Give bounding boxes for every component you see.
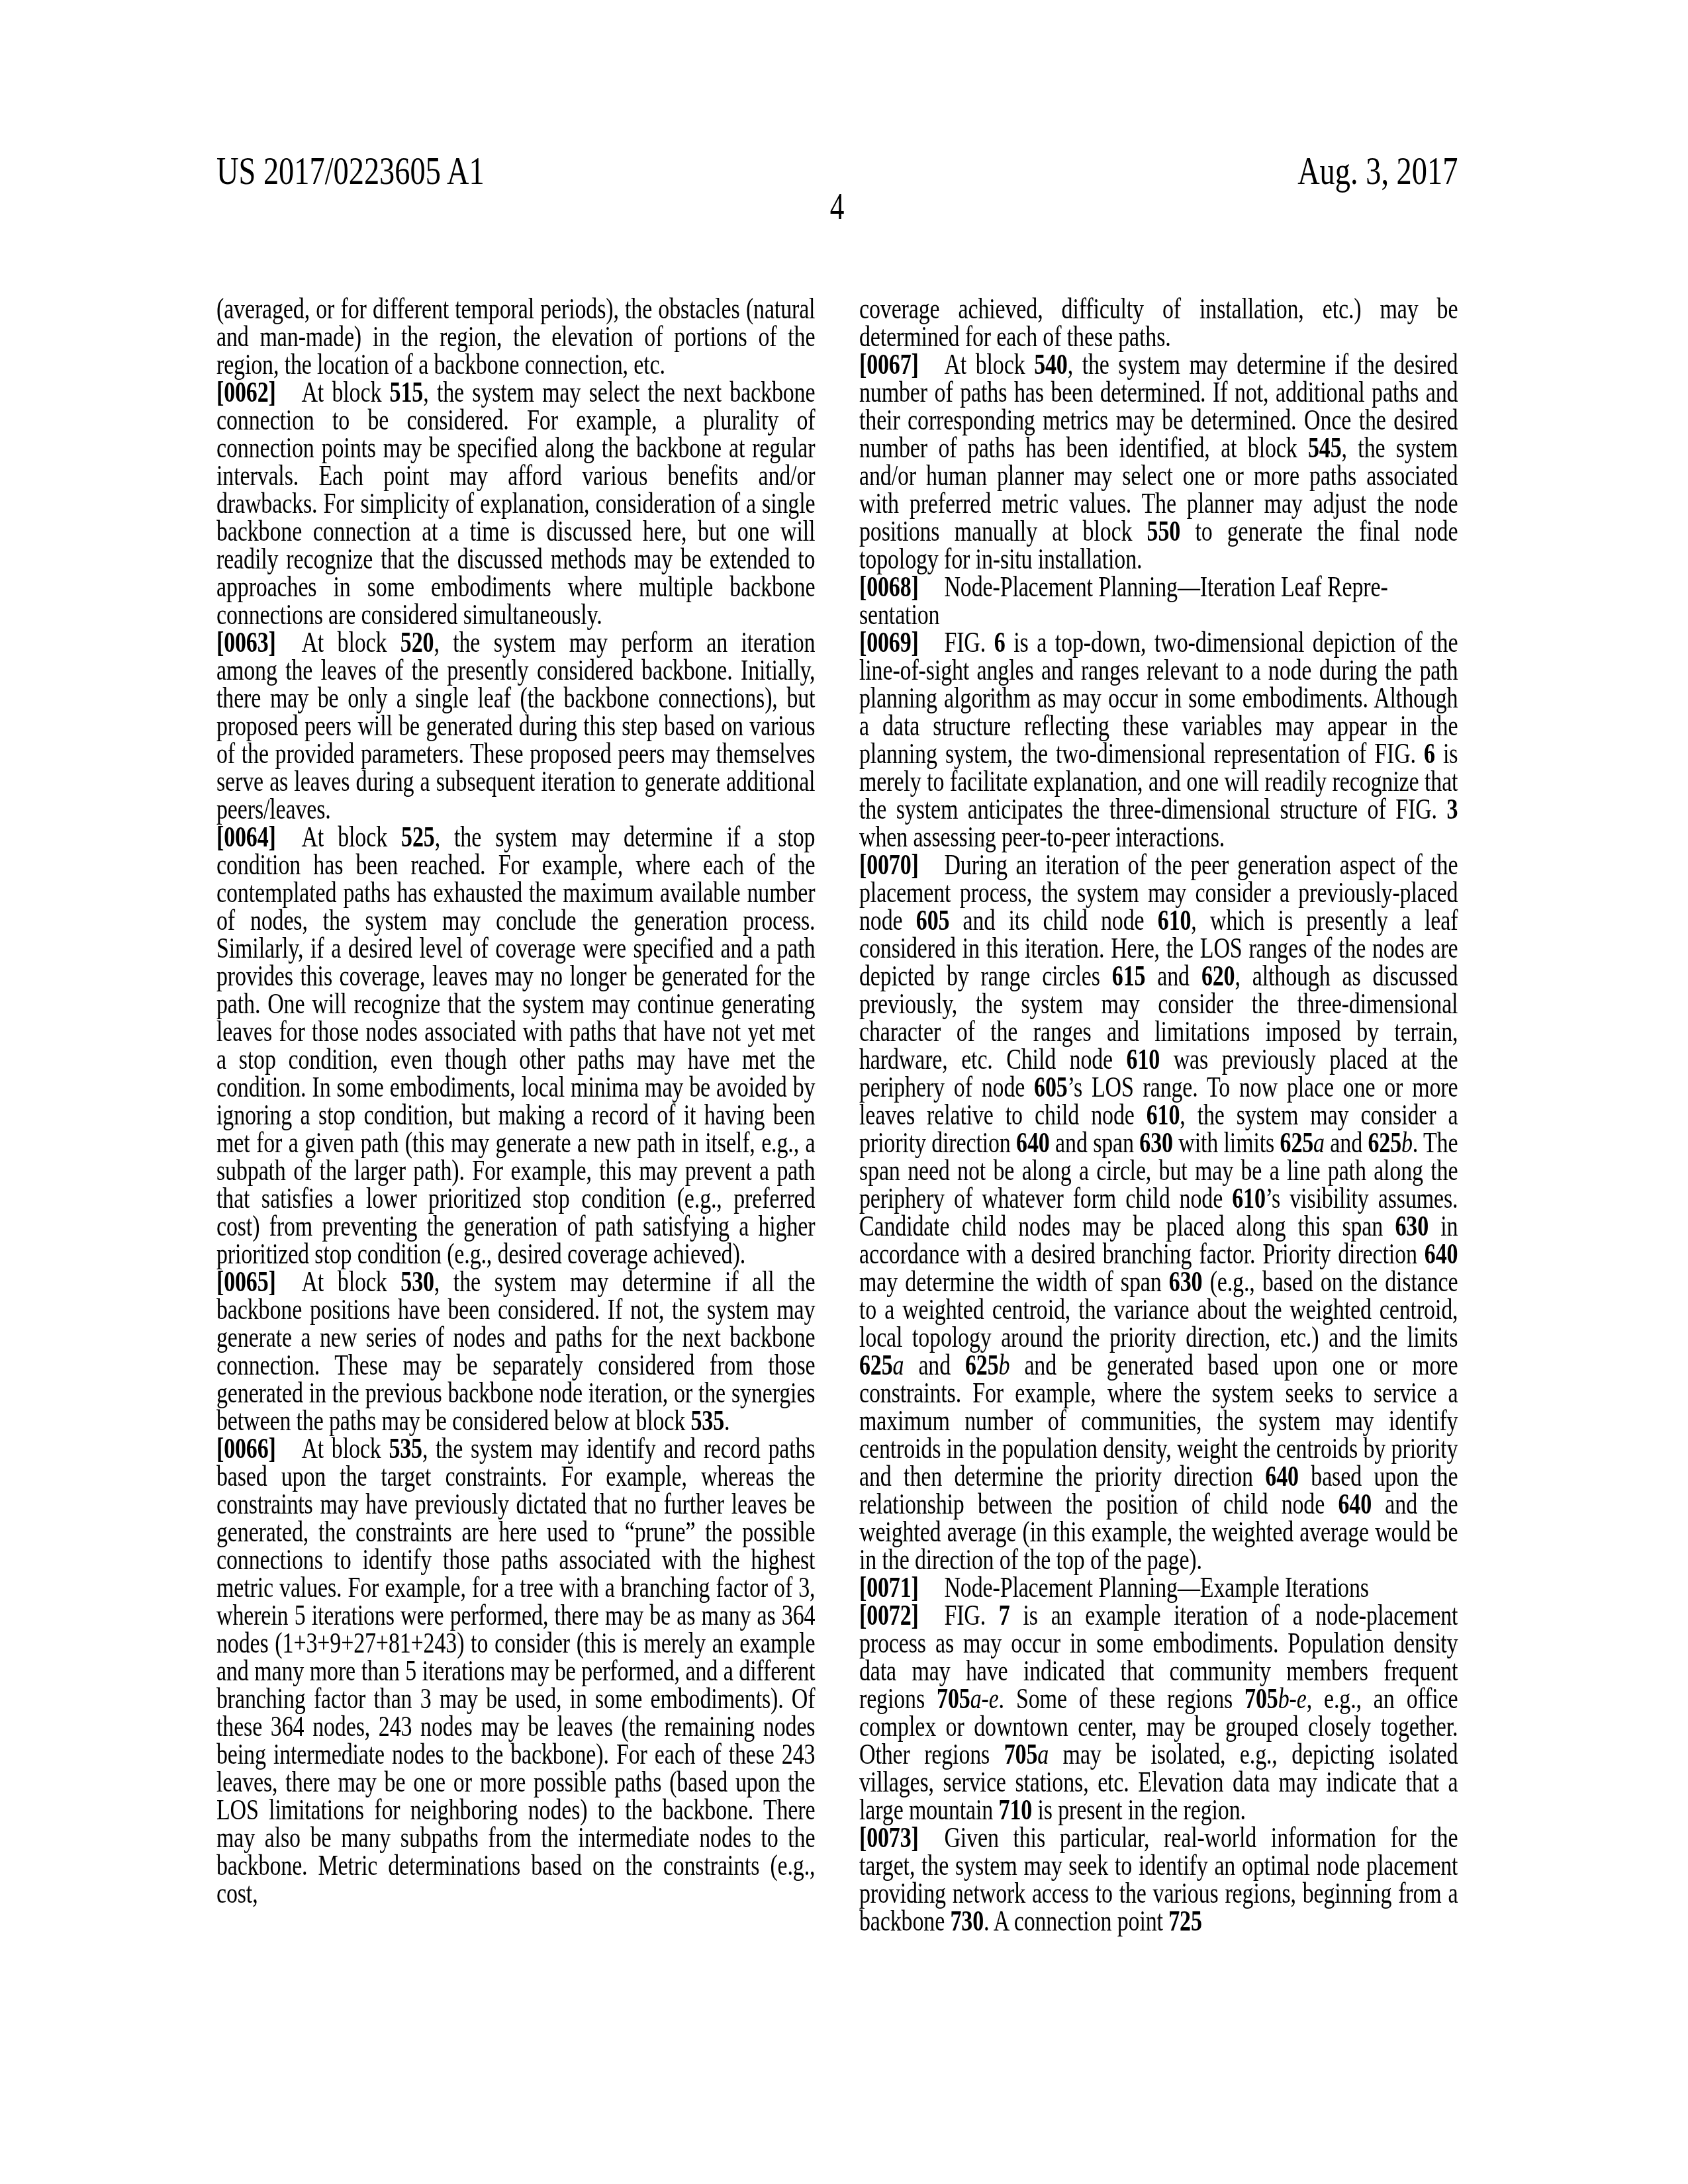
paragraph-0069: [0069]FIG. 6 is a top-down, two-dimensio… — [859, 629, 1458, 851]
paragraph-continued: coverage achieved, difficulty of install… — [859, 295, 1458, 351]
text-run: , the system may identify and record pat… — [216, 1432, 815, 1909]
paragraph-0065: [0065]At block 530, the system may deter… — [216, 1268, 815, 1435]
paragraph-continued: (averaged, or for different temporal per… — [216, 295, 815, 379]
page-number: 4 — [357, 186, 1317, 228]
reference-numeral: 725 — [1168, 1905, 1202, 1937]
paragraph-0067: [0067]At block 540, the system may deter… — [859, 351, 1458, 573]
reference-numeral: 3 — [1447, 793, 1458, 825]
reference-numeral: 550 — [1147, 515, 1181, 547]
paragraph-0072: [0072]FIG. 7 is an example iteration of … — [859, 1602, 1458, 1824]
text-column-left: (averaged, or for different temporal per… — [216, 295, 815, 1907]
paragraph-0071: [0071]Node-Placement Planning—Example It… — [859, 1574, 1458, 1602]
patent-document-page: US 2017/0223605 A1 Aug. 3, 2017 4 (avera… — [0, 0, 1688, 2184]
text-column-right: coverage achieved, difficulty of install… — [859, 295, 1458, 1935]
paragraph-0073: [0073]Given this particular, real-world … — [859, 1824, 1458, 1935]
text-run: (averaged, or for different temporal per… — [216, 293, 815, 381]
paragraph-0064: [0064]At block 525, the system may deter… — [216, 823, 815, 1268]
reference-numeral: 730 — [950, 1905, 984, 1937]
paragraph-0063: [0063]At block 520, the system may perfo… — [216, 629, 815, 823]
text-run: Node-Placement Planning—Iteration Leaf R… — [944, 570, 1387, 603]
text-run: coverage achieved, difficulty of install… — [859, 293, 1458, 353]
paragraph-0062: [0062]At block 515, the system may selec… — [216, 379, 815, 629]
text-run: , the system may perform an iteration am… — [216, 626, 815, 825]
text-run: , the system may determine if a stop con… — [216, 821, 815, 1270]
publication-date: Aug. 3, 2017 — [1297, 148, 1458, 194]
paragraph-0068: [0068]Node-Placement Planning—Iteration … — [859, 573, 1458, 629]
text-run: , the system may select the next backbon… — [216, 376, 815, 631]
paragraph-0066: [0066]At block 535, the system may ident… — [216, 1435, 815, 1907]
paragraph-0070: [0070]During an iteration of the peer ge… — [859, 851, 1458, 1574]
text-run: . A connection point — [984, 1905, 1168, 1937]
